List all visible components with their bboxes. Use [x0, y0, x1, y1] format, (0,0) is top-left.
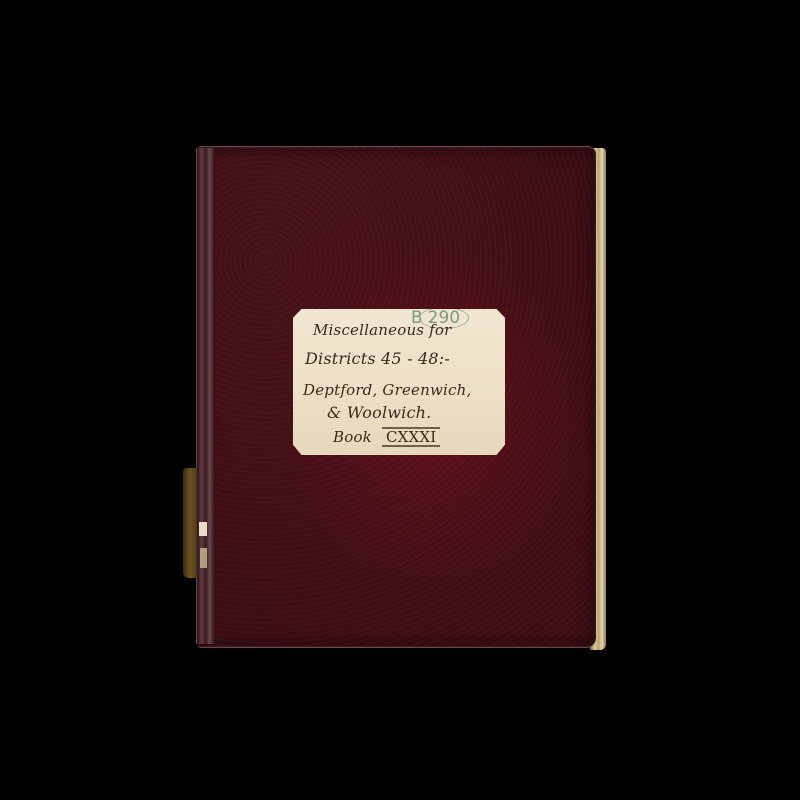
- spine-tab-mark-lower: [200, 548, 207, 568]
- notebook-spine: [196, 148, 215, 644]
- spine-tab: [183, 468, 197, 578]
- label-line-places: Deptford, Greenwich,: [303, 381, 471, 399]
- spine-tab-mark: [199, 522, 207, 536]
- label-line-districts: Districts 45 - 48:-: [305, 349, 450, 368]
- cover-label: B290 Miscellaneous for Districts 45 - 48…: [293, 309, 505, 455]
- book-word: Book: [333, 428, 372, 446]
- photo-background: B290 Miscellaneous for Districts 45 - 48…: [0, 0, 800, 800]
- label-line-book: BookCXXXI: [333, 427, 440, 447]
- label-line-woolwich: & Woolwich.: [327, 403, 431, 422]
- label-line-title: Miscellaneous for: [313, 321, 452, 339]
- book-number: CXXXI: [382, 427, 440, 447]
